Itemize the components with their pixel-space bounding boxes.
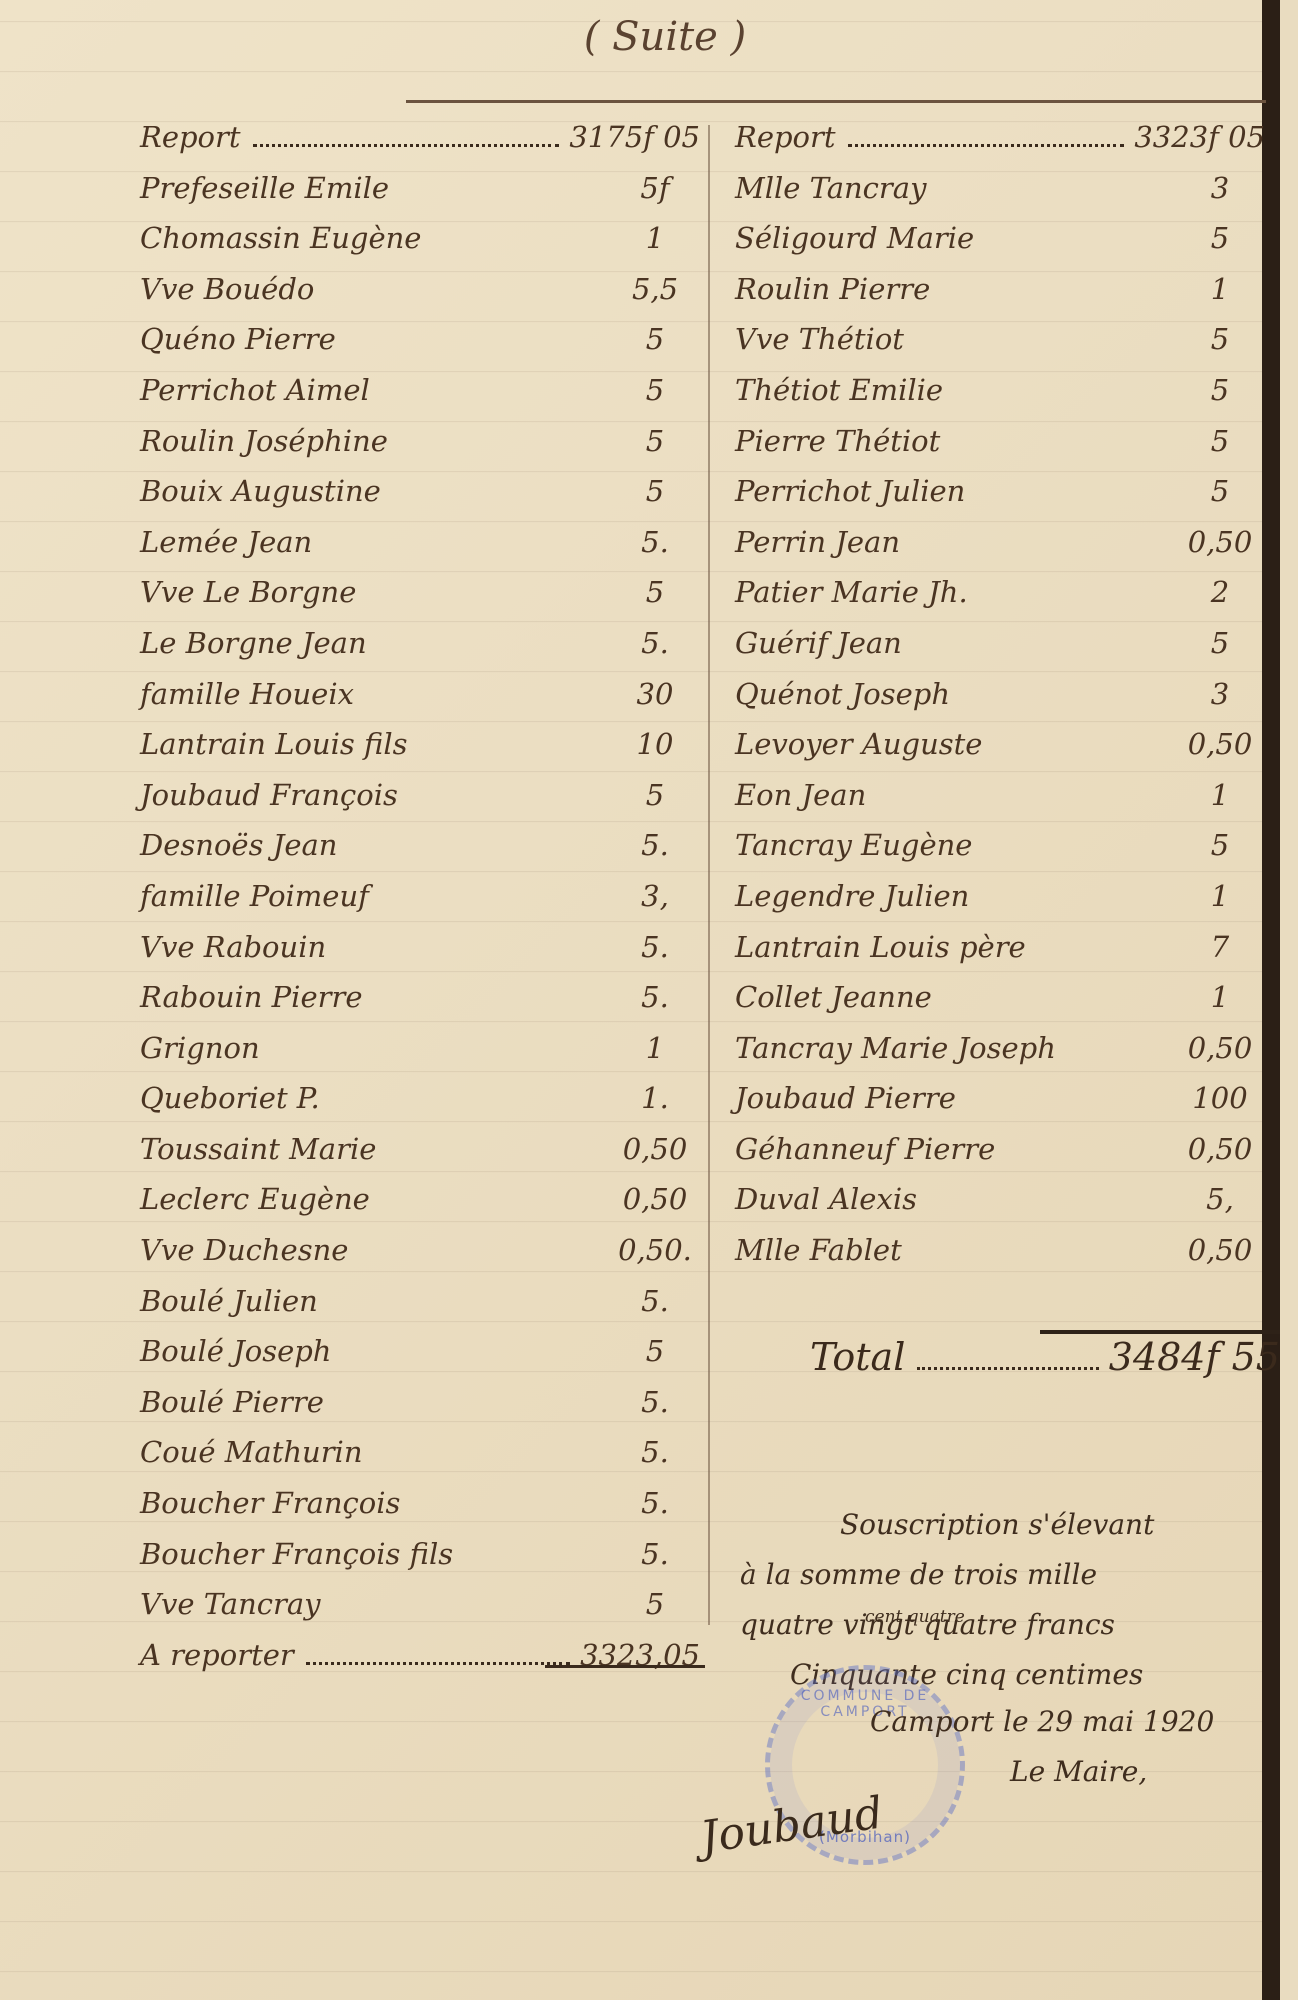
subscription-amount: 1 bbox=[610, 1031, 700, 1065]
closing-line-3: quatre vingt quatre francs bbox=[740, 1600, 1270, 1650]
subscriber-name: Le Borgne Jean bbox=[140, 626, 367, 660]
carry-in-amount: 3323f 05 bbox=[1134, 120, 1265, 154]
subscriber-row: Toussaint Marie0,50 bbox=[140, 1132, 700, 1183]
subscriber-name: Joubaud François bbox=[140, 778, 398, 812]
closing-insertion: cent quatre bbox=[865, 1592, 965, 1642]
subscriber-name: Joubaud Pierre bbox=[735, 1081, 956, 1115]
subscription-amount: 7 bbox=[1175, 930, 1265, 964]
subscriber-row: Lantrain Louis père7 bbox=[735, 930, 1265, 981]
subscription-amount: 0,50 bbox=[1175, 525, 1265, 559]
subscription-amount: 5 bbox=[610, 575, 700, 609]
closing-statement: Souscription s'élevant à la somme de tro… bbox=[740, 1500, 1270, 1700]
subscription-amount: 5 bbox=[610, 1334, 700, 1368]
subscriber-row: Perrichot Julien5 bbox=[735, 474, 1265, 525]
subscriber-name: Boulé Pierre bbox=[140, 1385, 324, 1419]
subscription-amount: 3 bbox=[1175, 677, 1265, 711]
subscriber-name: Séligourd Marie bbox=[735, 221, 974, 255]
subscriber-name: Pierre Thétiot bbox=[735, 424, 940, 458]
subscription-amount: 100 bbox=[1175, 1081, 1265, 1115]
subscriber-name: Perrichot Aimel bbox=[140, 373, 370, 407]
column-divider bbox=[708, 125, 710, 1625]
total-row: Total 3484f 55 bbox=[810, 1335, 1280, 1379]
total-label: Total bbox=[810, 1335, 905, 1379]
subscriber-name: Mlle Fablet bbox=[735, 1233, 902, 1267]
closing-line-2: à la somme de trois mille bbox=[740, 1550, 1270, 1600]
signatory-title: Le Maire, bbox=[1010, 1755, 1147, 1788]
subscriber-row: Roulin Joséphine5 bbox=[140, 424, 700, 475]
subscriber-row: Mlle Tancray3 bbox=[735, 171, 1265, 222]
subscriber-row: Desnoës Jean5. bbox=[140, 828, 700, 879]
subscriber-name: Boucher François bbox=[140, 1486, 400, 1520]
subscriber-name: Toussaint Marie bbox=[140, 1132, 376, 1166]
subscriber-name: Vve Rabouin bbox=[140, 930, 326, 964]
subscriber-name: Lantrain Louis père bbox=[735, 930, 1026, 964]
subscription-amount: 1 bbox=[1175, 879, 1265, 913]
subscription-amount: 5, bbox=[1175, 1182, 1265, 1216]
subscription-amount: 5 bbox=[1175, 474, 1265, 508]
carry-in-label: Report bbox=[735, 120, 836, 154]
subscriber-row: Roulin Pierre1 bbox=[735, 272, 1265, 323]
subscriber-row: Thétiot Emilie5 bbox=[735, 373, 1265, 424]
subscriber-name: Bouix Augustine bbox=[140, 474, 381, 508]
subtotal-rule bbox=[545, 1665, 705, 1668]
subscription-amount: 5 bbox=[1175, 424, 1265, 458]
subscription-amount: 0,50. bbox=[610, 1233, 700, 1267]
subscriber-name: Perrichot Julien bbox=[735, 474, 965, 508]
subscriber-row: Vve Bouédo5,5 bbox=[140, 272, 700, 323]
subscriber-row: Mlle Fablet0,50 bbox=[735, 1233, 1265, 1284]
subscriber-row: Tancray Eugène5 bbox=[735, 828, 1265, 879]
subscriber-name: Legendre Julien bbox=[735, 879, 969, 913]
subscriber-row: Boulé Joseph5 bbox=[140, 1334, 700, 1385]
subscription-amount: 0,50 bbox=[1175, 1031, 1265, 1065]
subscription-amount: 5 bbox=[610, 424, 700, 458]
subscriber-name: Duval Alexis bbox=[735, 1182, 917, 1216]
subscriber-name: Vve Thétiot bbox=[735, 322, 904, 356]
subscriber-name: Prefeseille Emile bbox=[140, 171, 389, 205]
subscriber-row: Lemée Jean5. bbox=[140, 525, 700, 576]
subscription-amount: 5 bbox=[1175, 828, 1265, 862]
subscriber-row: Patier Marie Jh.2 bbox=[735, 575, 1265, 626]
subscription-amount: 5f bbox=[610, 171, 700, 205]
subscriber-row: famille Poimeuf3, bbox=[140, 879, 700, 930]
document-page: ( Suite ) Report 3175f 05 Prefeseille Em… bbox=[0, 0, 1280, 2000]
subscription-amount: 5. bbox=[610, 1486, 700, 1520]
place-date: Camport le 29 mai 1920 bbox=[870, 1705, 1214, 1738]
subscription-amount: 1 bbox=[1175, 778, 1265, 812]
subscriber-name: Thétiot Emilie bbox=[735, 373, 943, 407]
subscription-amount: 10 bbox=[610, 727, 700, 761]
subscriber-name: Roulin Pierre bbox=[735, 272, 930, 306]
right-entries-list: Mlle Tancray3Séligourd Marie5Roulin Pier… bbox=[735, 171, 1265, 1284]
subscriber-row: Grignon1 bbox=[140, 1031, 700, 1082]
subscriber-name: Lemée Jean bbox=[140, 525, 312, 559]
subscriber-row: Perrichot Aimel5 bbox=[140, 373, 700, 424]
title-underline bbox=[406, 100, 1266, 103]
subscriber-name: Coué Mathurin bbox=[140, 1435, 363, 1469]
dotted-leader bbox=[917, 1367, 1098, 1370]
subscriber-row: Vve Thétiot5 bbox=[735, 322, 1265, 373]
subscriber-row: Pierre Thétiot5 bbox=[735, 424, 1265, 475]
carry-out-row: A reporter 3323,05 bbox=[140, 1638, 700, 1689]
subscriber-name: Leclerc Eugène bbox=[140, 1182, 370, 1216]
subscriber-row: Vve Duchesne0,50. bbox=[140, 1233, 700, 1284]
subscriber-name: Desnoës Jean bbox=[140, 828, 337, 862]
subscriber-name: Quéno Pierre bbox=[140, 322, 336, 356]
subscription-amount: 2 bbox=[1175, 575, 1265, 609]
subscriber-row: Vve Le Borgne5 bbox=[140, 575, 700, 626]
subscriber-name: Boulé Julien bbox=[140, 1284, 318, 1318]
subscriber-row: Chomassin Eugène1 bbox=[140, 221, 700, 272]
subscription-amount: 5. bbox=[610, 1284, 700, 1318]
subscriber-name: Guérif Jean bbox=[735, 626, 902, 660]
subscriber-row: famille Houeix30 bbox=[140, 677, 700, 728]
subscriber-row: Tancray Marie Joseph0,50 bbox=[735, 1031, 1265, 1082]
subscriber-row: Joubaud François5 bbox=[140, 778, 700, 829]
subscriber-row: Prefeseille Emile5f bbox=[140, 171, 700, 222]
subscription-amount: 5. bbox=[610, 930, 700, 964]
subscriber-name: Queboriet P. bbox=[140, 1081, 320, 1115]
subscriber-name: Rabouin Pierre bbox=[140, 980, 363, 1014]
subscriber-name: Mlle Tancray bbox=[735, 171, 926, 205]
carry-out-label: A reporter bbox=[140, 1638, 294, 1672]
subscription-amount: 1. bbox=[610, 1081, 700, 1115]
subscription-amount: 3 bbox=[1175, 171, 1265, 205]
subscription-amount: 0,50 bbox=[610, 1132, 700, 1166]
subscriber-row: Vve Tancray5 bbox=[140, 1587, 700, 1638]
subscriber-row: Boucher François fils5. bbox=[140, 1537, 700, 1588]
subscriber-name: Eon Jean bbox=[735, 778, 866, 812]
subscriber-name: famille Houeix bbox=[140, 677, 354, 711]
dotted-leader bbox=[848, 144, 1125, 147]
subscriber-name: Quénot Joseph bbox=[735, 677, 950, 711]
subscriber-row: Rabouin Pierre5. bbox=[140, 980, 700, 1031]
subscriber-row: Perrin Jean0,50 bbox=[735, 525, 1265, 576]
subscriber-row: Le Borgne Jean5. bbox=[140, 626, 700, 677]
page-title: ( Suite ) bbox=[500, 14, 830, 60]
subscriber-row: Vve Rabouin5. bbox=[140, 930, 700, 981]
subscriber-name: Chomassin Eugène bbox=[140, 221, 421, 255]
subscriber-name: Boulé Joseph bbox=[140, 1334, 331, 1368]
subscriber-row: Guérif Jean5 bbox=[735, 626, 1265, 677]
subscription-amount: 5. bbox=[610, 626, 700, 660]
subscription-amount: 5 bbox=[1175, 221, 1265, 255]
subscriber-row: Géhanneuf Pierre0,50 bbox=[735, 1132, 1265, 1183]
carry-in-row: Report 3323f 05 bbox=[735, 120, 1265, 171]
subscription-amount: 5. bbox=[610, 1537, 700, 1571]
subscription-amount: 5,5 bbox=[610, 272, 700, 306]
subscription-amount: 5. bbox=[610, 980, 700, 1014]
left-entries-list: Prefeseille Emile5fChomassin Eugène1Vve … bbox=[140, 171, 700, 1638]
subscription-amount: 0,50 bbox=[610, 1182, 700, 1216]
subscriber-name: Patier Marie Jh. bbox=[735, 575, 968, 609]
carry-in-amount: 3175f 05 bbox=[569, 120, 700, 154]
subscriber-row: Levoyer Auguste0,50 bbox=[735, 727, 1265, 778]
subscriber-name: Lantrain Louis fils bbox=[140, 727, 407, 761]
subscription-amount: 5 bbox=[1175, 373, 1265, 407]
dotted-leader bbox=[306, 1662, 570, 1665]
subscriber-row: Legendre Julien1 bbox=[735, 879, 1265, 930]
subscriber-name: famille Poimeuf bbox=[140, 879, 369, 913]
carry-in-label: Report bbox=[140, 120, 241, 154]
subscription-amount: 5 bbox=[1175, 322, 1265, 356]
subscriber-row: Collet Jeanne1 bbox=[735, 980, 1265, 1031]
subscriber-name: Vve Duchesne bbox=[140, 1233, 348, 1267]
subscriber-name: Boucher François fils bbox=[140, 1537, 453, 1571]
subscriber-row: Leclerc Eugène0,50 bbox=[140, 1182, 700, 1233]
subscriber-name: Vve Le Borgne bbox=[140, 575, 356, 609]
subscription-amount: 1 bbox=[1175, 980, 1265, 1014]
subscription-amount: 5. bbox=[610, 1435, 700, 1469]
subscriber-name: Perrin Jean bbox=[735, 525, 900, 559]
subscriber-name: Collet Jeanne bbox=[735, 980, 932, 1014]
right-column: Report 3323f 05 Mlle Tancray3Séligourd M… bbox=[735, 120, 1265, 1284]
subscriber-row: Coué Mathurin5. bbox=[140, 1435, 700, 1486]
subscription-amount: 5. bbox=[610, 1385, 700, 1419]
subscriber-name: Tancray Marie Joseph bbox=[735, 1031, 1056, 1065]
total-amount: 3484f 55 bbox=[1109, 1335, 1280, 1379]
subscriber-row: Eon Jean1 bbox=[735, 778, 1265, 829]
subscription-amount: 5. bbox=[610, 828, 700, 862]
subscriber-row: Séligourd Marie5 bbox=[735, 221, 1265, 272]
subscriber-row: Lantrain Louis fils10 bbox=[140, 727, 700, 778]
subscription-amount: 5 bbox=[610, 373, 700, 407]
subscriber-row: Queboriet P.1. bbox=[140, 1081, 700, 1132]
subscription-amount: 0,50 bbox=[1175, 1233, 1265, 1267]
subscriber-name: Géhanneuf Pierre bbox=[735, 1132, 995, 1166]
subscriber-row: Quéno Pierre5 bbox=[140, 322, 700, 373]
subscription-amount: 1 bbox=[610, 221, 700, 255]
subscription-amount: 5 bbox=[610, 778, 700, 812]
subscription-amount: 5 bbox=[610, 474, 700, 508]
subscriber-row: Quénot Joseph3 bbox=[735, 677, 1265, 728]
dotted-leader bbox=[253, 144, 560, 147]
closing-line-1: Souscription s'élevant bbox=[740, 1500, 1270, 1550]
carry-in-row: Report 3175f 05 bbox=[140, 120, 700, 171]
subscriber-name: Grignon bbox=[140, 1031, 260, 1065]
subscription-amount: 5 bbox=[1175, 626, 1265, 660]
subscriber-row: Duval Alexis5, bbox=[735, 1182, 1265, 1233]
subscriber-name: Vve Tancray bbox=[140, 1587, 321, 1621]
subscription-amount: 5 bbox=[610, 322, 700, 356]
left-column: Report 3175f 05 Prefeseille Emile5fChoma… bbox=[140, 120, 700, 1688]
subscription-amount: 0,50 bbox=[1175, 727, 1265, 761]
subscription-amount: 3, bbox=[610, 879, 700, 913]
subscriber-name: Vve Bouédo bbox=[140, 272, 314, 306]
subscriber-row: Joubaud Pierre100 bbox=[735, 1081, 1265, 1132]
subscriber-name: Tancray Eugène bbox=[735, 828, 972, 862]
subscription-amount: 0,50 bbox=[1175, 1132, 1265, 1166]
subscription-amount: 5. bbox=[610, 525, 700, 559]
subscriber-name: Roulin Joséphine bbox=[140, 424, 388, 458]
subscriber-row: Boulé Pierre5. bbox=[140, 1385, 700, 1436]
subscriber-row: Boulé Julien5. bbox=[140, 1284, 700, 1335]
subscriber-name: Levoyer Auguste bbox=[735, 727, 982, 761]
subscription-amount: 30 bbox=[610, 677, 700, 711]
subscriber-row: Boucher François5. bbox=[140, 1486, 700, 1537]
subscription-amount: 1 bbox=[1175, 272, 1265, 306]
total-rule bbox=[1040, 1330, 1280, 1334]
subscriber-row: Bouix Augustine5 bbox=[140, 474, 700, 525]
subscription-amount: 5 bbox=[610, 1587, 700, 1621]
